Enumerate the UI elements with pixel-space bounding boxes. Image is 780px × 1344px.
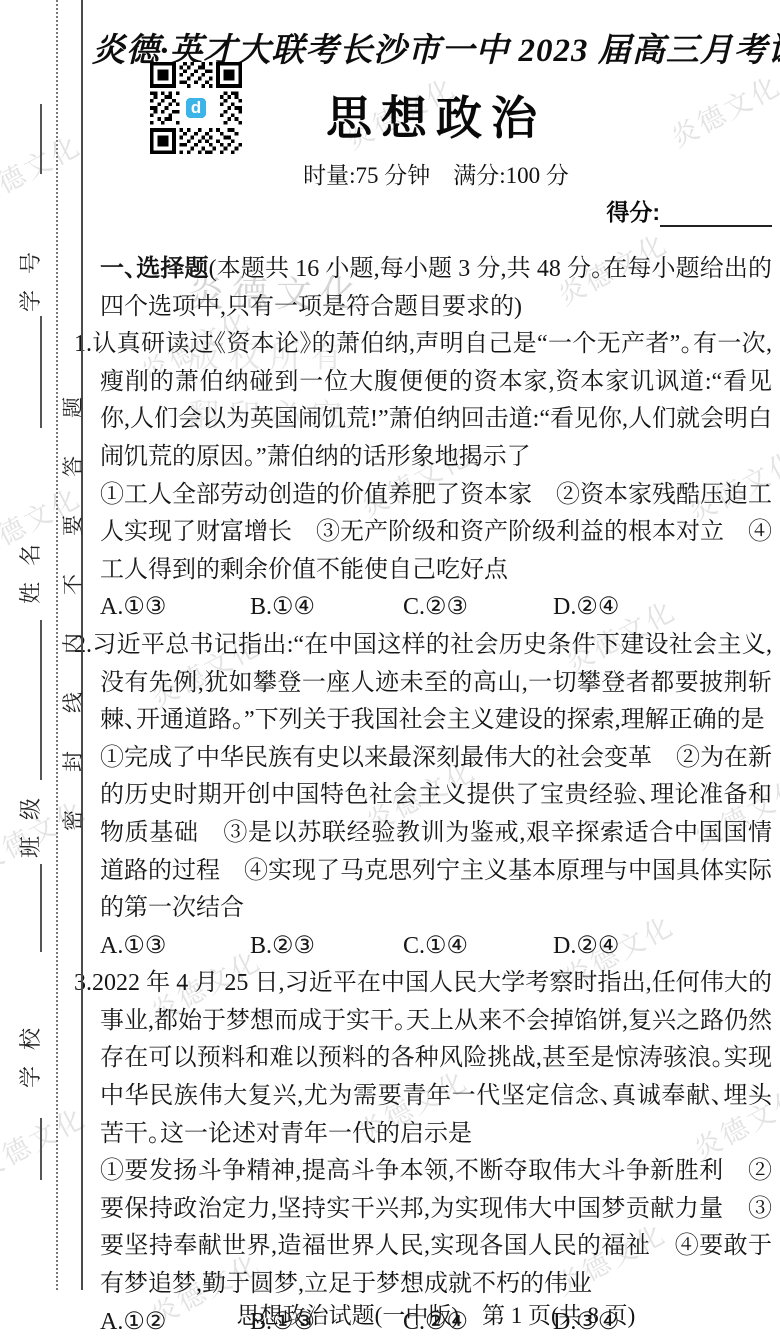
choice-b: B.②③ [250,928,403,966]
choice-d: D.②④ [553,589,619,627]
score-blank-line [660,201,772,227]
section-heading: 一、选择题(本题共 16 小题,每小题 3 分,共 48 分。在每小题给出的四个… [100,250,772,326]
questions-area: 一、选择题(本题共 16 小题,每小题 3 分,共 48 分。在每小题给出的四个… [100,250,772,1341]
school-field-label: 学校 [14,1012,45,1088]
question-2-options: ①完成了中华民族有史以来最深刻最伟大的社会变革 ②为在新的历史时期开创中国特色社… [100,740,772,928]
choice-a: A.①③ [100,928,250,966]
choice-b: B.①④ [250,589,403,627]
score-label: 得分: [606,199,660,225]
question-1-choices: A.①③ B.①④ C.②③ D.②④ [100,589,772,627]
section-title: 一、选择题 [100,255,209,282]
exam-paper-page: 炎德文化炎德文化炎德文化炎德文化炎德文化炎德文化炎德文化炎德文化炎德文化炎德文化… [0,0,780,1344]
choice-c: C.①④ [403,928,553,966]
question-3-number: 3. [74,970,92,996]
choice-a: A.①③ [100,589,250,627]
id-blank-line [6,316,42,428]
question-2-stem: 2.习近平总书记指出:“在中国这样的社会历史条件下建设社会主义,没有先例,犹如攀… [100,627,772,740]
choice-c: C.②③ [403,589,553,627]
class-field-label: 班级 [14,782,45,858]
question-1-options: ①工人全部劳动创造的价值养肥了资本家 ②资本家残酷压迫工人实现了财富增长 ③无产… [100,477,772,590]
school-blank-line [6,1118,42,1180]
top-blank-line [6,104,42,174]
score-row: 得分: [606,194,772,227]
question-1-stem: 1.认真研读过《资本论》的萧伯纳,声明自己是“一个无产者”。有一次,瘦削的萧伯纳… [100,326,772,476]
name-field-label: 姓名 [14,528,45,604]
question-3-stem: 3.2022 年 4 月 25 日,习近平在中国人民大学考察时指出,任何伟大的事… [100,965,772,1153]
choice-d: D.②④ [553,928,619,966]
name-blank-line [6,620,42,780]
student-info-fields: 学校 班级 姓名 学号 [6,115,52,1220]
seal-line-text: 密封线内不要答题 [57,345,81,837]
class-blank-line [6,864,42,952]
subject-title: 思想政治 [100,82,772,148]
duration-score-line: 时量:75 分钟 满分:100 分 [100,157,772,190]
page-footer: 思想政治试题(一中版) 第 1 页(共 8 页) [100,1297,772,1330]
id-field-label: 学号 [14,236,45,312]
question-2-choices: A.①③ B.②③ C.①④ D.②④ [100,928,772,966]
question-3-options: ①要发扬斗争精神,提高斗争本领,不断夺取伟大斗争新胜利 ②要保持政治定力,坚持实… [100,1153,772,1303]
